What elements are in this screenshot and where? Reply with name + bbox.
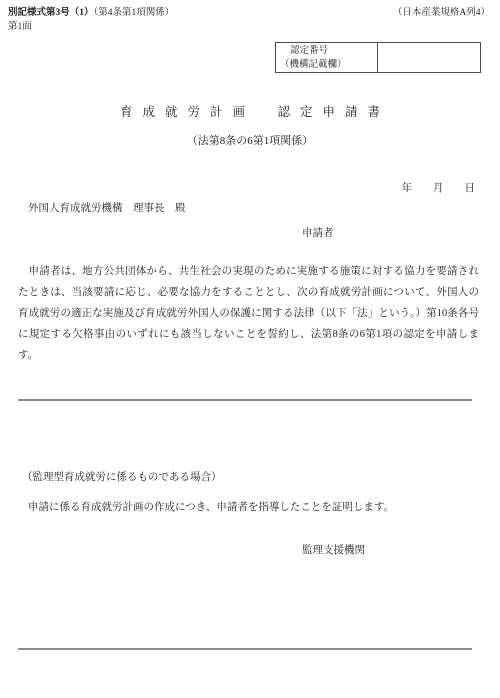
sheet-number-label: 第1面 bbox=[8, 18, 32, 32]
document-title: 育成就労計画 認定申請書 bbox=[0, 102, 500, 120]
certification-number-label: 認定番号 （機構記載欄） bbox=[276, 43, 378, 72]
certification-number-subtitle: （機構記載欄） bbox=[276, 59, 377, 73]
form-number-label: 別記様式第3号（1） bbox=[8, 8, 94, 18]
section-divider-line-top bbox=[18, 399, 472, 401]
supervising-org-label: 監理支援機関 bbox=[302, 542, 365, 557]
addressee-line: 外国人育成就労機構 理事長 殿 bbox=[28, 200, 186, 215]
certification-number-value-cell bbox=[378, 43, 480, 72]
paper-standard-note: （日本産業規格A列4） bbox=[393, 4, 490, 18]
section-divider-line-bottom bbox=[18, 648, 472, 650]
applicant-label: 申請者 bbox=[302, 225, 334, 240]
form-number-header: 別記様式第3号（1）（第4条第1項関係） bbox=[8, 4, 174, 18]
declaration-paragraph: 申請者は、地方公共団体から、共生社会の実現のために実施する施策に対する協力を要請… bbox=[18, 261, 479, 366]
certify-statement: 申請に係る育成就労計画の作成につき、申請者を指導したことを証明します。 bbox=[28, 499, 394, 514]
document-subtitle: （法第8条の6第1項関係） bbox=[0, 132, 500, 148]
certification-number-title: 認定番号 bbox=[276, 45, 377, 59]
date-fields: 年 月 日 bbox=[402, 180, 476, 195]
supervised-case-note: （監理型育成就労に係るものである場合） bbox=[22, 469, 222, 484]
form-number-note: （第4条第1項関係） bbox=[94, 8, 175, 18]
certification-number-box: 認定番号 （機構記載欄） bbox=[275, 42, 481, 73]
form-page: 別記様式第3号（1）（第4条第1項関係） （日本産業規格A列4） 第1面 認定番… bbox=[0, 0, 500, 698]
